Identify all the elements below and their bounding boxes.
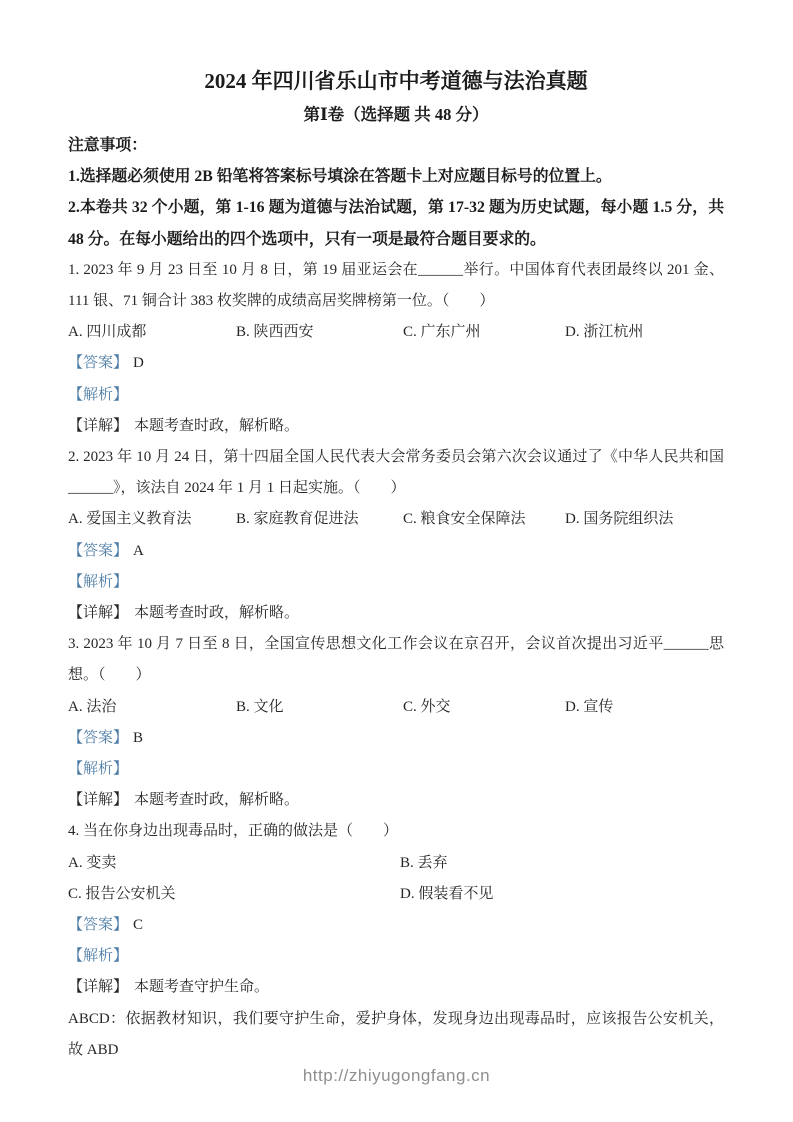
answer-label: 【答案】 bbox=[68, 543, 128, 559]
question-2-answer-value: A bbox=[133, 543, 144, 559]
exam-document-page: 2024 年四川省乐山市中考道德与法治真题 第Ⅰ卷（选择题 共 48 分） 注意… bbox=[0, 0, 793, 1122]
answer-label: 【答案】 bbox=[68, 355, 128, 371]
question-2-options: A. 爱国主义教育法 B. 家庭教育促进法 C. 粮食安全保障法 D. 国务院组… bbox=[68, 504, 724, 535]
question-4-option-a: A. 变卖 bbox=[68, 848, 400, 879]
question-3-option-d: D. 宣传 bbox=[565, 692, 724, 723]
question-2-option-a: A. 爱国主义教育法 bbox=[68, 504, 236, 535]
question-2-answer-line: 【答案】A bbox=[68, 536, 724, 567]
question-3-options: A. 法治 B. 文化 C. 外交 D. 宣传 bbox=[68, 692, 724, 723]
question-2-option-d: D. 国务院组织法 bbox=[565, 504, 724, 535]
question-4-detail-extra: ABCD：依据教材知识，我们要守护生命，爱护身体，发现身边出现毒品时，应该报告公… bbox=[68, 1004, 724, 1066]
question-3-detail-text: 本题考查时政，解析略。 bbox=[134, 792, 299, 808]
question-1-detail-text: 本题考查时政，解析略。 bbox=[134, 418, 299, 434]
question-1-option-b: B. 陕西西安 bbox=[236, 317, 403, 348]
analysis-label: 【解析】 bbox=[68, 387, 128, 403]
question-2-detail-text: 本题考查时政，解析略。 bbox=[134, 605, 299, 621]
question-2-stem: 2. 2023 年 10 月 24 日，第十四届全国人民代表大会常务委员会第六次… bbox=[68, 442, 724, 504]
question-1-answer-line: 【答案】D bbox=[68, 348, 724, 379]
question-3-detail-line: 【详解】本题考查时政，解析略。 bbox=[68, 785, 724, 816]
question-1-answer-value: D bbox=[133, 355, 144, 371]
analysis-label: 【解析】 bbox=[68, 761, 128, 777]
analysis-label: 【解析】 bbox=[68, 948, 128, 964]
question-1-detail-line: 【详解】本题考查时政，解析略。 bbox=[68, 411, 724, 442]
question-4-option-c: C. 报告公安机关 bbox=[68, 879, 400, 910]
question-2-analysis-line: 【解析】 bbox=[68, 567, 724, 598]
detail-label: 【详解】 bbox=[68, 979, 128, 995]
detail-label: 【详解】 bbox=[68, 792, 128, 808]
notice-heading: 注意事项： bbox=[68, 130, 724, 161]
question-3-option-a: A. 法治 bbox=[68, 692, 236, 723]
watermark-url: http://zhiyugongfang.cn bbox=[0, 1066, 793, 1086]
question-4-analysis-line: 【解析】 bbox=[68, 941, 724, 972]
question-3-option-b: B. 文化 bbox=[236, 692, 403, 723]
question-4-option-d: D. 假装看不见 bbox=[400, 879, 724, 910]
page-title: 2024 年四川省乐山市中考道德与法治真题 bbox=[68, 66, 724, 96]
question-4-option-b: B. 丢弃 bbox=[400, 848, 724, 879]
question-2-option-c: C. 粮食安全保障法 bbox=[403, 504, 565, 535]
question-4-answer-value: C bbox=[133, 917, 143, 933]
question-4-options-row-2: C. 报告公安机关 D. 假装看不见 bbox=[68, 879, 724, 910]
analysis-label: 【解析】 bbox=[68, 574, 128, 590]
question-1-option-c: C. 广东广州 bbox=[403, 317, 565, 348]
question-2-option-b: B. 家庭教育促进法 bbox=[236, 504, 403, 535]
question-4-stem: 4. 当在你身边出现毒品时，正确的做法是（ ） bbox=[68, 816, 724, 847]
notice-item-2: 2.本卷共 32 个小题，第 1-16 题为道德与法治试题，第 17-32 题为… bbox=[68, 192, 724, 254]
question-1-analysis-line: 【解析】 bbox=[68, 380, 724, 411]
question-1-stem: 1. 2023 年 9 月 23 日至 10 月 8 日，第 19 届亚运会在_… bbox=[68, 255, 724, 317]
section-heading: 第Ⅰ卷（选择题 共 48 分） bbox=[68, 100, 724, 130]
question-1-option-a: A. 四川成都 bbox=[68, 317, 236, 348]
answer-label: 【答案】 bbox=[68, 730, 128, 746]
question-4-options-row-1: A. 变卖 B. 丢弃 bbox=[68, 848, 724, 879]
detail-label: 【详解】 bbox=[68, 605, 128, 621]
question-1-options: A. 四川成都 B. 陕西西安 C. 广东广州 D. 浙江杭州 bbox=[68, 317, 724, 348]
question-4-detail-line: 【详解】本题考查守护生命。 bbox=[68, 972, 724, 1003]
detail-label: 【详解】 bbox=[68, 418, 128, 434]
question-3-analysis-line: 【解析】 bbox=[68, 754, 724, 785]
question-1-option-d: D. 浙江杭州 bbox=[565, 317, 724, 348]
question-3-stem: 3. 2023 年 10 月 7 日至 8 日，全国宣传思想文化工作会议在京召开… bbox=[68, 629, 724, 691]
notice-item-1: 1.选择题必须使用 2B 铅笔将答案标号填涂在答题卡上对应题目标号的位置上。 bbox=[68, 161, 724, 192]
question-3-answer-value: B bbox=[133, 730, 143, 746]
question-3-option-c: C. 外交 bbox=[403, 692, 565, 723]
question-2-detail-line: 【详解】本题考查时政，解析略。 bbox=[68, 598, 724, 629]
question-4-answer-line: 【答案】C bbox=[68, 910, 724, 941]
question-4-detail-text: 本题考查守护生命。 bbox=[134, 979, 269, 995]
answer-label: 【答案】 bbox=[68, 917, 128, 933]
question-3-answer-line: 【答案】B bbox=[68, 723, 724, 754]
